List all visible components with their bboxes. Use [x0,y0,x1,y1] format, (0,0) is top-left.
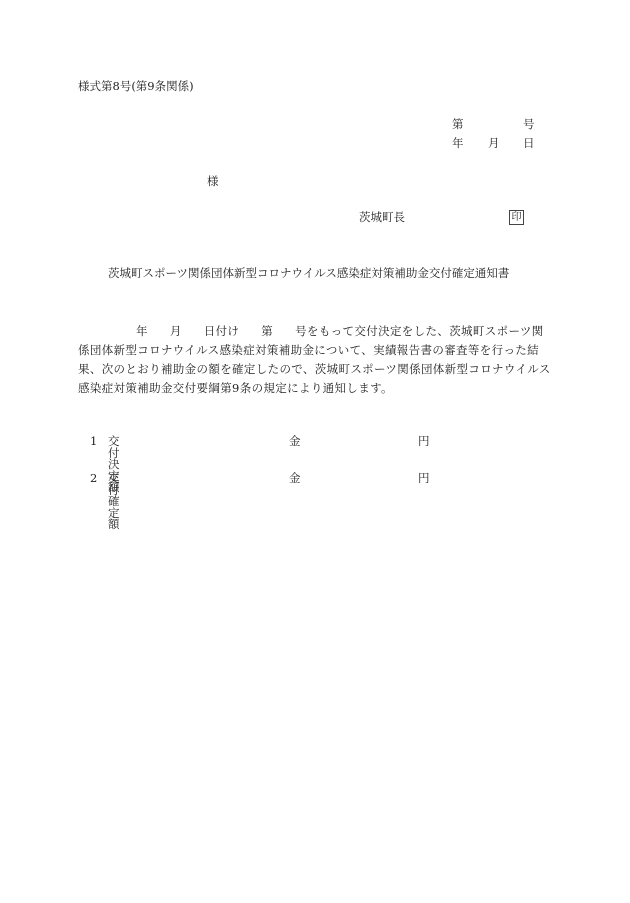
body-year-label: 年 [136,324,148,338]
document-number-suffix: 号 [523,119,535,131]
date-day-label: 日 [523,138,535,150]
addressee-honorific: 様 [207,176,219,188]
body-number-prefix: 第 [261,324,273,338]
body-line-1: 年月日付け第号をもって交付決定をした、茨城町スポーツ関 [78,322,548,341]
body-line-2: 係団体新型コロナウイルス感染症対策補助金について、実績報告書の審査等を行った結 [78,341,548,360]
item-amount-prefix: 金 [289,473,301,485]
body-line-3: 果、次のとおり補助金の額を確定したので、茨城町スポーツ関係団体新型コロナウイルス [78,360,548,379]
item-number: 2 [90,473,97,485]
date-year-label: 年 [452,138,464,150]
body-month-label: 月 [170,324,182,338]
body-line-1-rest: 号をもって交付決定をした、茨城町スポーツ関 [295,324,543,338]
seal-mark-icon: 印 [509,210,524,225]
document-number-prefix: 第 [452,119,464,131]
body-line-4: 感染症対策補助金交付要綱第9条の規定により通知します。 [78,379,548,398]
item-amount-unit: 円 [418,436,430,448]
item-label: 交付確定額 [108,473,120,531]
body-date-suffix: 日付け [204,324,240,338]
issuer-name: 茨城町長 [359,212,405,224]
body-paragraph: 年月日付け第号をもって交付決定をした、茨城町スポーツ関 係団体新型コロナウイルス… [78,322,548,398]
item-amount-unit: 円 [418,473,430,485]
item-number: 1 [90,436,97,448]
form-number: 様式第8号(第9条関係) [78,81,194,93]
item-amount-prefix: 金 [289,436,301,448]
date-month-label: 月 [488,138,500,150]
document-title: 茨城町スポーツ関係団体新型コロナウイルス感染症対策補助金交付確定通知書 [108,268,509,280]
